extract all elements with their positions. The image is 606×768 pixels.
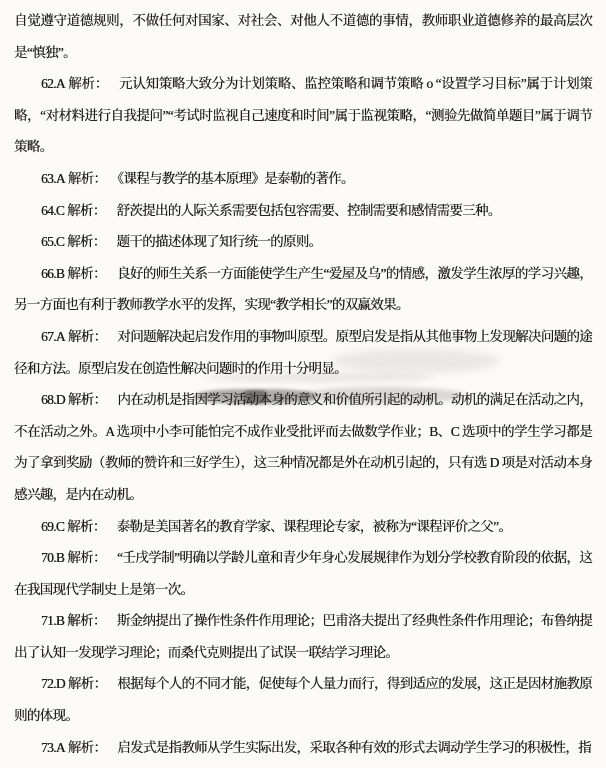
- answer-text: 启发式是指教师从学生实际出发，采取各种有效的形式去调动学生学习的积极性，指: [117, 740, 591, 755]
- answer-item-67: 67.A解析：对问题解决起启发作用的事物叫原型。原型启发是指从其他事物上发现解决…: [14, 321, 592, 384]
- answer-text: 舒茨提出的人际关系需要包括包容需要、控制需要和感情需要三种。: [117, 203, 501, 218]
- answer-item-69: 69.C解析：泰勒是美国著名的教育学家、课程理论专家，被称为“课程评价之父”。: [14, 511, 592, 543]
- answer-item-70: 70.B解析：“壬戌学制”明确以学龄儿童和青少年身心发展规律作为划分学校教育阶段…: [14, 542, 592, 605]
- answer-label: 解析：: [68, 740, 106, 755]
- answer-number: 69.C: [41, 519, 64, 534]
- intro-text: 自觉遵守道德规则，不做任何对国家、对社会、对他人不道德的事情，教师职业道德修养的…: [14, 13, 592, 60]
- answer-item-68: 68.D解析：内在动机是指因学习活动本身的意义和价值所引起的动机。动机的满足在活…: [14, 384, 592, 510]
- answer-label: 解析：: [68, 171, 106, 186]
- answer-label: 解析：: [67, 613, 106, 628]
- answer-text: 《课程与教学的基本原理》是泰勒的著作。: [117, 171, 353, 186]
- answer-text: 内在动机是指因学习活动本身的意义和价值所引起的动机。动机的满足在活动之内，不在活…: [14, 392, 592, 502]
- answer-item-64: 64.C解析：舒茨提出的人际关系需要包括包容需要、控制需要和感情需要三种。: [14, 195, 592, 227]
- answer-number: 71.B: [41, 613, 64, 628]
- answer-label: 解析：: [67, 203, 105, 218]
- answer-label: 解析：: [67, 519, 105, 534]
- answer-item-73: 73.A解析：启发式是指教师从学生实际出发，采取各种有效的形式去调动学生学习的积…: [14, 732, 592, 764]
- answer-label: 解析：: [68, 329, 107, 344]
- answer-number: 66.B: [41, 266, 64, 281]
- answer-label: 解析：: [67, 550, 106, 565]
- answer-label: 解析：: [67, 266, 106, 281]
- answer-item-71: 71.B解析：斯金纳提出了操作性条件作用理论；巴甫洛夫提出了经典性条件作用理论；…: [14, 605, 592, 668]
- answer-item-63: 63.A解析：《课程与教学的基本原理》是泰勒的著作。: [14, 163, 592, 195]
- answer-number: 73.A: [41, 740, 65, 755]
- answer-text: 泰勒是美国著名的教育学家、课程理论专家，被称为“课程评价之父”。: [117, 519, 512, 534]
- answer-label: 解析：: [67, 234, 105, 249]
- intro-paragraph: 自觉遵守道德规则，不做任何对国家、对社会、对他人不道德的事情，教师职业道德修养的…: [14, 5, 592, 68]
- answer-number: 63.A: [41, 171, 65, 186]
- answer-text: 题干的描述体现了知行统一的原则。: [117, 234, 322, 249]
- answer-label: 解析：: [68, 392, 107, 407]
- answer-number: 62.A: [41, 76, 65, 91]
- answer-number: 67.A: [41, 329, 65, 344]
- answer-label: 解析：: [68, 676, 107, 691]
- answer-item-66: 66.B解析：良好的师生关系一方面能使学生产生“爱屋及乌”的情感，激发学生浓厚的…: [14, 258, 592, 321]
- answer-number: 65.C: [41, 234, 64, 249]
- answer-label: 解析：: [68, 76, 108, 91]
- answer-item-72: 72.D解析：根据每个人的不同才能，促使每个人量力而行，得到适应的发展，这正是因…: [14, 668, 592, 731]
- answer-number: 70.B: [41, 550, 64, 565]
- answer-item-65: 65.C解析：题干的描述体现了知行统一的原则。: [14, 226, 592, 258]
- answer-item-62: 62.A解析：元认知策略大致分为计划策略、监控策略和调节策略 o “设置学习目标…: [14, 68, 592, 163]
- scanned-answer-page: 自觉遵守道德规则，不做任何对国家、对社会、对他人不道德的事情，教师职业道德修养的…: [0, 0, 606, 768]
- answer-number: 64.C: [41, 203, 64, 218]
- answer-number: 72.D: [41, 676, 65, 691]
- answer-number: 68.D: [41, 392, 65, 407]
